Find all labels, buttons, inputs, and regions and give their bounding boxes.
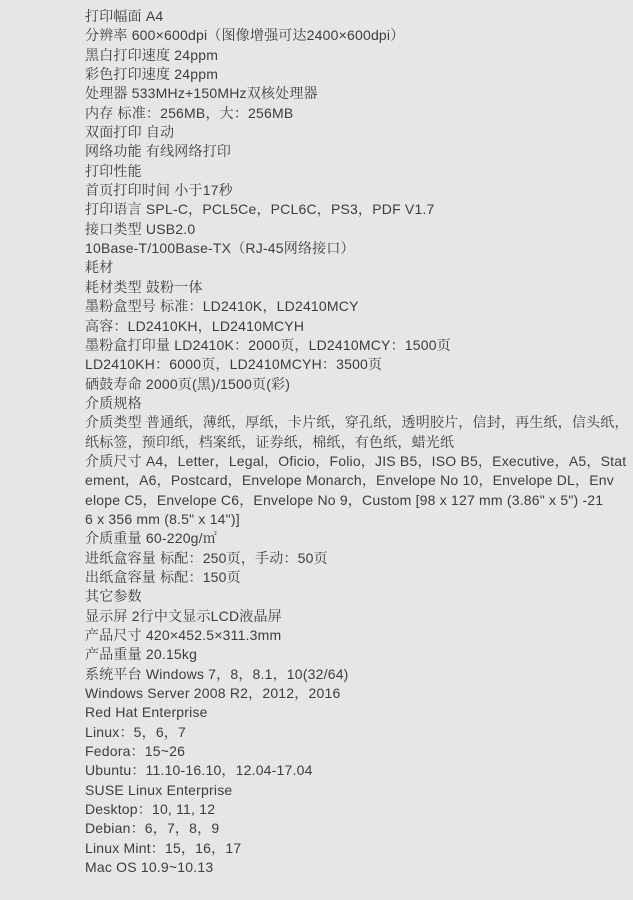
- spec-line: Linux Mint：15，16，17: [85, 839, 623, 858]
- spec-line: 显示屏 2行中文显示LCD液晶屏: [85, 607, 623, 626]
- spec-line: 打印性能: [85, 162, 623, 181]
- spec-line: 处理器 533MHz+150MHz双核处理器: [85, 84, 623, 103]
- spec-line: 接口类型 USB2.0: [85, 220, 623, 239]
- spec-line: Ubuntu：11.10-16.10，12.04-17.04: [85, 761, 623, 780]
- spec-line: 耗材: [85, 258, 623, 277]
- spec-line: 耗材类型 鼓粉一体: [85, 278, 623, 297]
- spec-line: Desktop：10, 11, 12: [85, 800, 623, 819]
- spec-line: 介质规格: [85, 394, 623, 413]
- spec-line: Windows Server 2008 R2，2012，2016: [85, 684, 623, 703]
- product-spec-page: 打印幅面 A4分辨率 600×600dpi（图像增强可达2400×600dpi）…: [0, 0, 633, 900]
- spec-line: 介质重量 60-220g/㎡: [85, 529, 623, 548]
- spec-line: 分辨率 600×600dpi（图像增强可达2400×600dpi）: [85, 26, 623, 45]
- spec-line: 首页打印时间 小于17秒: [85, 181, 623, 200]
- spec-line: 高容：LD2410KH，LD2410MCYH: [85, 317, 623, 336]
- spec-line: 其它参数: [85, 587, 623, 606]
- spec-line: LD2410KH：6000页，LD2410MCYH：3500页: [85, 355, 623, 374]
- spec-line: 黑白打印速度 24ppm: [85, 46, 623, 65]
- spec-line: 纸标签，预印纸，档案纸，证券纸，棉纸，有色纸，蜡光纸: [85, 433, 623, 452]
- spec-line: SUSE Linux Enterprise: [85, 781, 623, 800]
- spec-line: 介质类型 普通纸，薄纸，厚纸，卡片纸，穿孔纸，透明胶片，信封，再生纸，信头纸，: [85, 413, 623, 432]
- spec-line: 进纸盒容量 标配：250页，手动：50页: [85, 549, 623, 568]
- spec-line: 10Base-T/100Base-TX（RJ-45网络接口）: [85, 239, 623, 258]
- spec-line: 产品重量 20.15kg: [85, 645, 623, 664]
- spec-line: 双面打印 自动: [85, 123, 623, 142]
- spec-line: 6 x 356 mm (8.5" x 14")]: [85, 510, 623, 529]
- spec-line: 内存 标准：256MB，大：256MB: [85, 104, 623, 123]
- spec-line: 打印幅面 A4: [85, 7, 623, 26]
- spec-line: 彩色打印速度 24ppm: [85, 65, 623, 84]
- spec-line: Debian：6，7，8，9: [85, 819, 623, 838]
- spec-line: 硒鼓寿命 2000页(黑)/1500页(彩): [85, 375, 623, 394]
- spec-line: 产品尺寸 420×452.5×311.3mm: [85, 626, 623, 645]
- spec-line: ement，A6，Postcard，Envelope Monarch，Envel…: [85, 471, 623, 490]
- spec-line: Linux：5，6，7: [85, 723, 623, 742]
- spec-line: 出纸盒容量 标配：150页: [85, 568, 623, 587]
- spec-list: 打印幅面 A4分辨率 600×600dpi（图像增强可达2400×600dpi）…: [85, 7, 623, 877]
- spec-line: 墨粉盒打印量 LD2410K：2000页，LD2410MCY：1500页: [85, 336, 623, 355]
- spec-line: Mac OS 10.9~10.13: [85, 858, 623, 877]
- spec-line: elope C5，Envelope C6，Envelope No 9，Custo…: [85, 491, 623, 510]
- spec-line: Red Hat Enterprise: [85, 703, 623, 722]
- spec-line: 打印语言 SPL-C，PCL5Ce，PCL6C，PS3，PDF V1.7: [85, 200, 623, 219]
- spec-line: 介质尺寸 A4，Letter，Legal，Oficio，Folio，JIS B5…: [85, 452, 623, 471]
- spec-line: 墨粉盒型号 标准：LD2410K，LD2410MCY: [85, 297, 623, 316]
- spec-line: 系统平台 Windows 7，8，8.1，10(32/64): [85, 665, 623, 684]
- spec-line: Fedora：15~26: [85, 742, 623, 761]
- spec-line: 网络功能 有线网络打印: [85, 142, 623, 161]
